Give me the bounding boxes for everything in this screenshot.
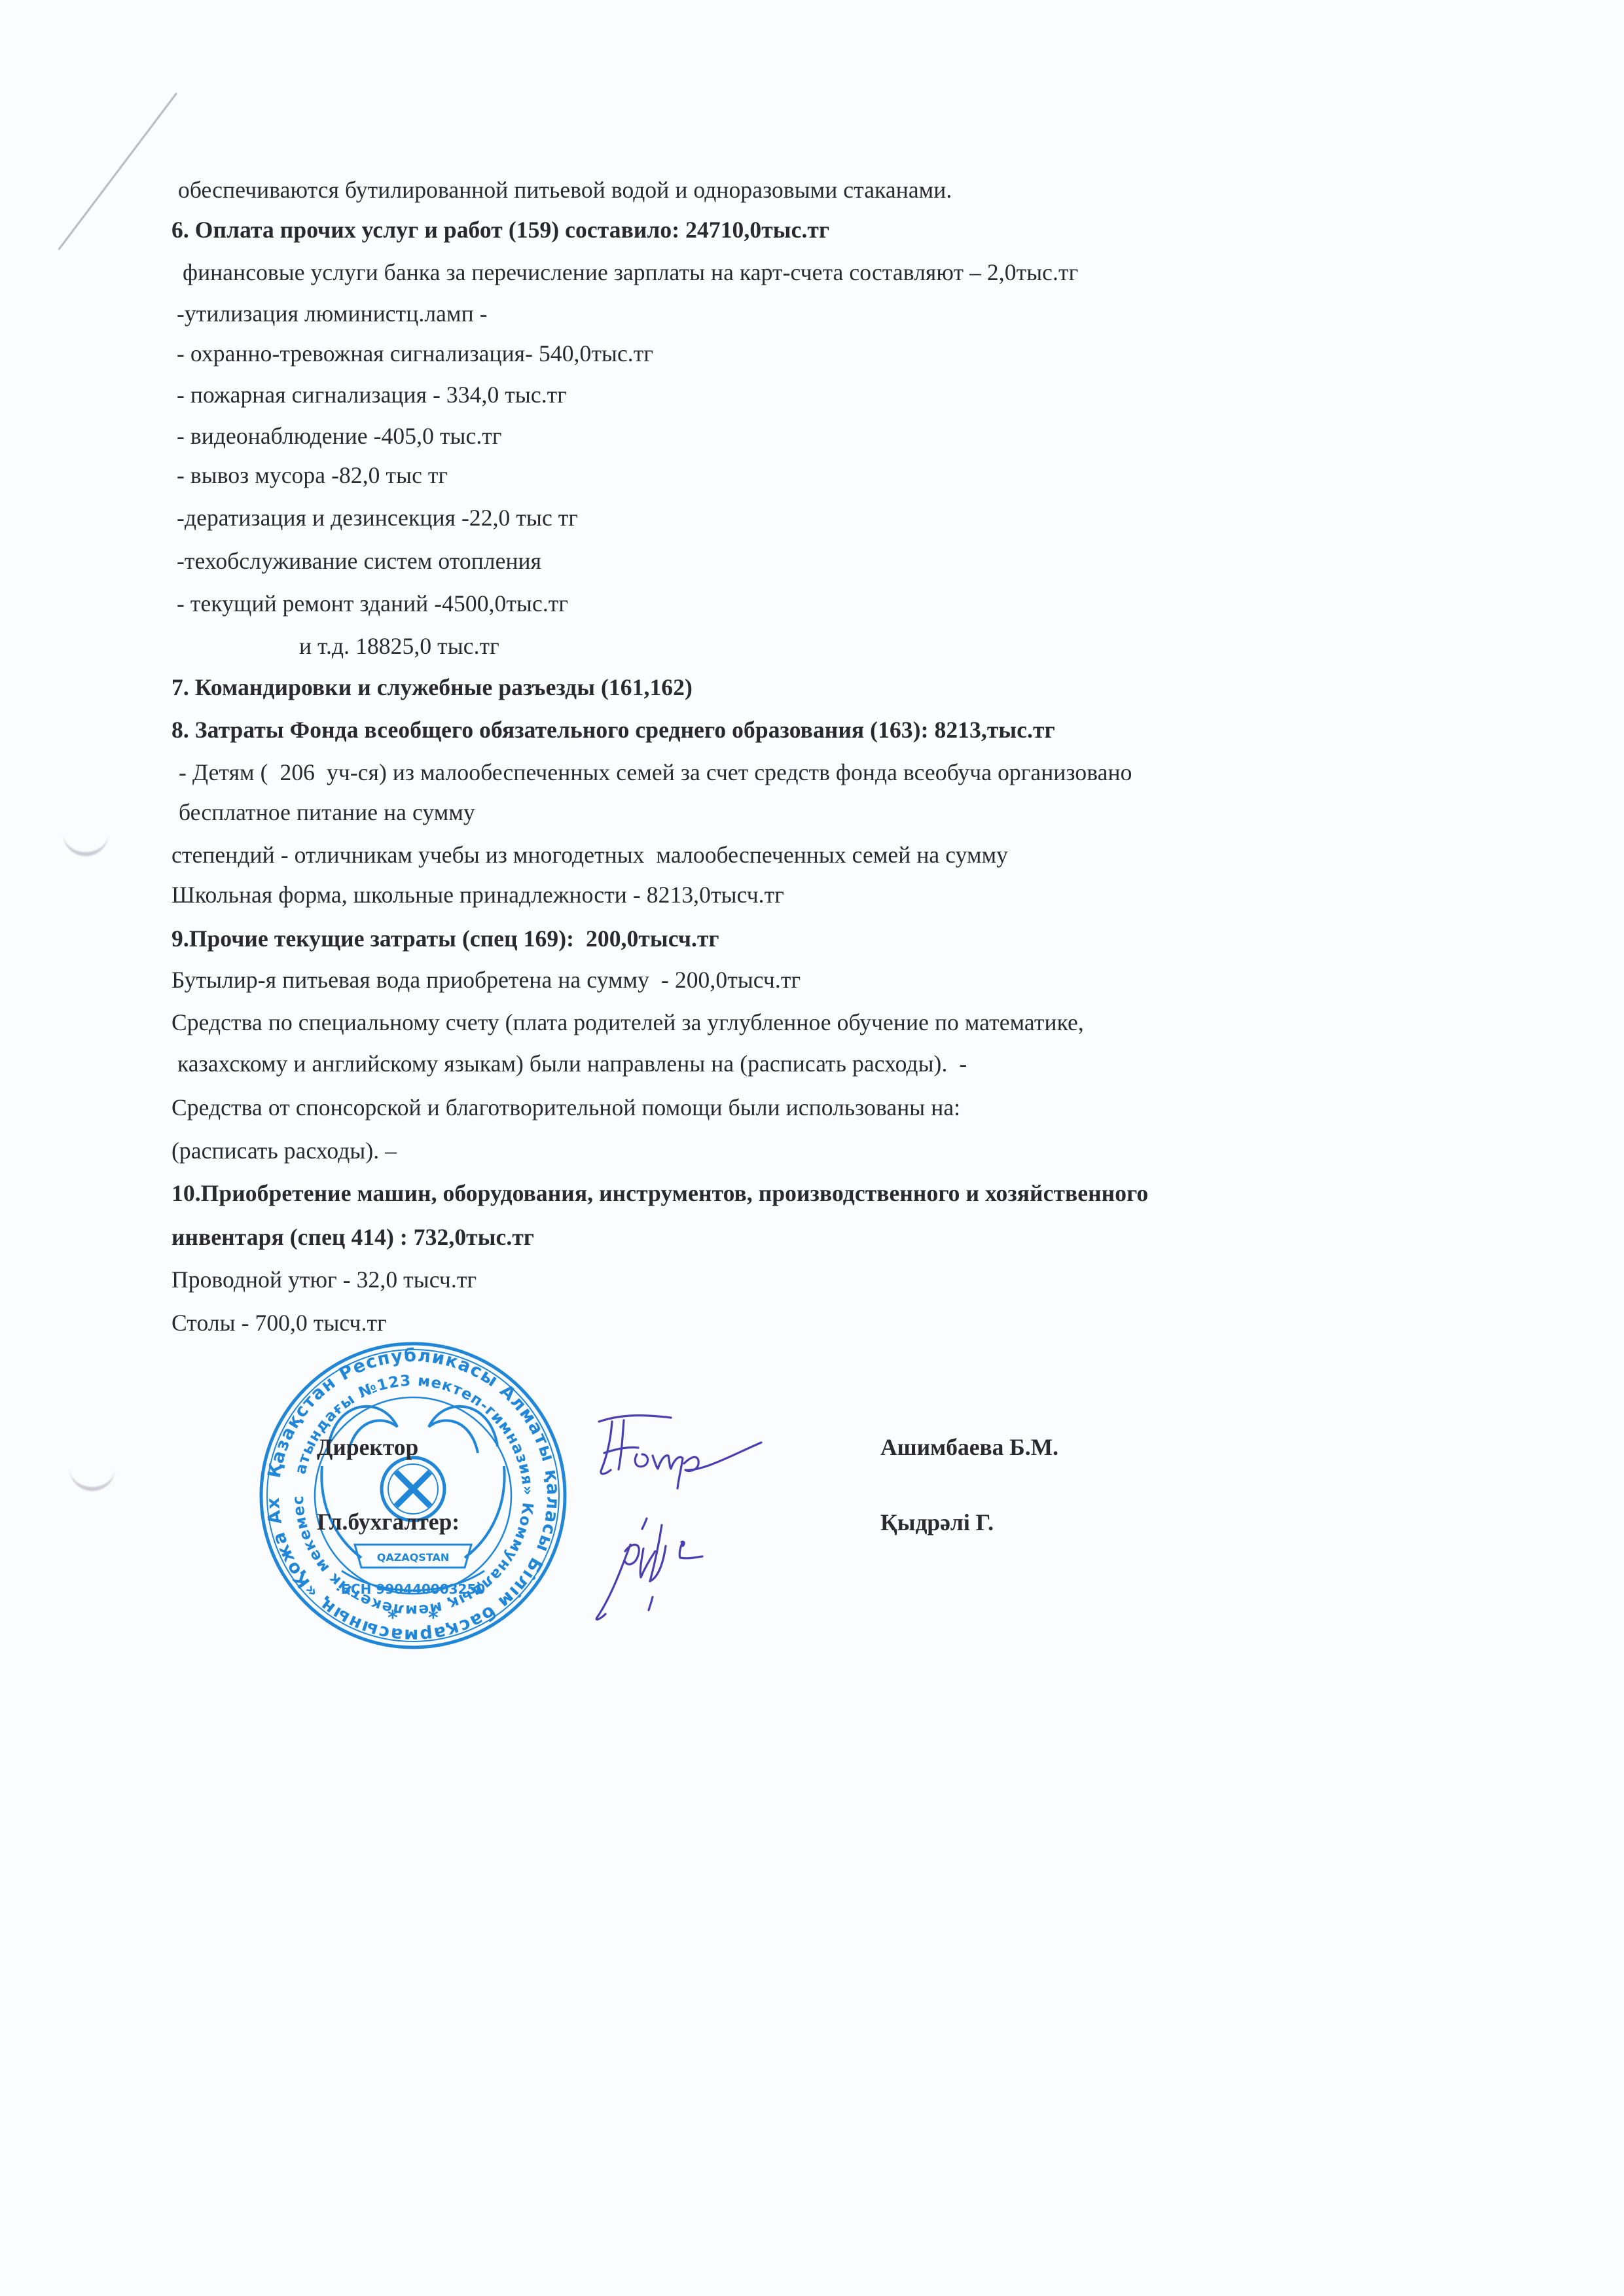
svg-text:БСН 990440003250: БСН 990440003250 xyxy=(341,1581,486,1597)
text-line: Бутылир-я питьевая вода приобретена на с… xyxy=(171,967,801,993)
text-line: Школьная форма, школьные принадлежности … xyxy=(171,882,784,908)
document-body: обеспечиваются бутилированной питьевой в… xyxy=(0,0,1624,1374)
text-line: финансовые услуги банка за перечисление … xyxy=(177,259,1078,285)
list-item: - пожарная сигнализация - 334,0 тыс.тг xyxy=(177,382,567,408)
text-line: степендий - отличникам учебы из многодет… xyxy=(171,842,1008,868)
section-heading-10: 10.Приобретение машин, оборудования, инс… xyxy=(171,1180,1148,1206)
text-line: (расписать расходы). – xyxy=(171,1138,397,1164)
list-item: - вывоз мусора -82,0 тыс тг xyxy=(177,462,448,488)
section-heading-6: 6. Оплата прочих услуг и работ (159) сос… xyxy=(171,217,829,243)
director-label: Директор xyxy=(317,1434,418,1460)
accountant-signature-icon xyxy=(585,1486,729,1633)
list-item: -техобслуживание систем отопления xyxy=(177,548,541,574)
section-heading-8: 8. Затраты Фонда всеобщего обязательного… xyxy=(171,717,1055,743)
section-heading-10-cont: инвентаря (спец 414) : 732,0тыс.тг xyxy=(171,1224,534,1250)
text-line: бесплатное питание на сумму xyxy=(173,799,475,825)
list-item: -утилизация люминистц.ламп - xyxy=(177,300,488,327)
list-item: Проводной утюг - 32,0 тысч.тг xyxy=(171,1266,477,1293)
director-name: Ашимбаева Б.М. xyxy=(880,1434,1058,1460)
director-signature-icon xyxy=(592,1407,776,1496)
section-heading-9: 9.Прочие текущие затраты (спец 169): 200… xyxy=(171,925,719,952)
text-line: казахскому и английскому языкам) были на… xyxy=(171,1050,967,1077)
text-line: - Детям ( 206 уч-ся) из малообеспеченных… xyxy=(173,759,1132,785)
svg-text:QAZAQSTAN: QAZAQSTAN xyxy=(377,1551,450,1564)
list-item: - видеонаблюдение -405,0 тыс.тг xyxy=(177,423,502,449)
text-line: Средства по специальному счету (плата ро… xyxy=(171,1009,1084,1035)
svg-text:*: * xyxy=(388,1607,398,1630)
list-item: -дератизация и дезинсекция -22,0 тыс тг xyxy=(177,505,578,531)
text-line: Средства от спонсорской и благотворитель… xyxy=(171,1094,960,1121)
list-item: - охранно-тревожная сигнализация- 540,0т… xyxy=(177,340,653,367)
list-item: - текущий ремонт зданий -4500,0тыс.тг xyxy=(177,590,568,617)
official-stamp-icon: Қазақстан Республикасы Алматы қаласы Біл… xyxy=(257,1342,569,1649)
punch-hole-mark xyxy=(69,1461,115,1491)
chief-accountant-name: Қыдрәлі Г. xyxy=(880,1509,994,1535)
subtotal-line: и т.д. 18825,0 тыс.тг xyxy=(299,633,499,659)
chief-accountant-label: Гл.бухгалтер: xyxy=(317,1509,460,1535)
section-heading-7: 7. Командировки и служебные разъезды (16… xyxy=(171,674,693,700)
list-item: Столы - 700,0 тысч.тг xyxy=(171,1310,387,1336)
svg-text:*: * xyxy=(428,1607,439,1630)
text-line: обеспечиваются бутилированной питьевой в… xyxy=(178,177,952,203)
